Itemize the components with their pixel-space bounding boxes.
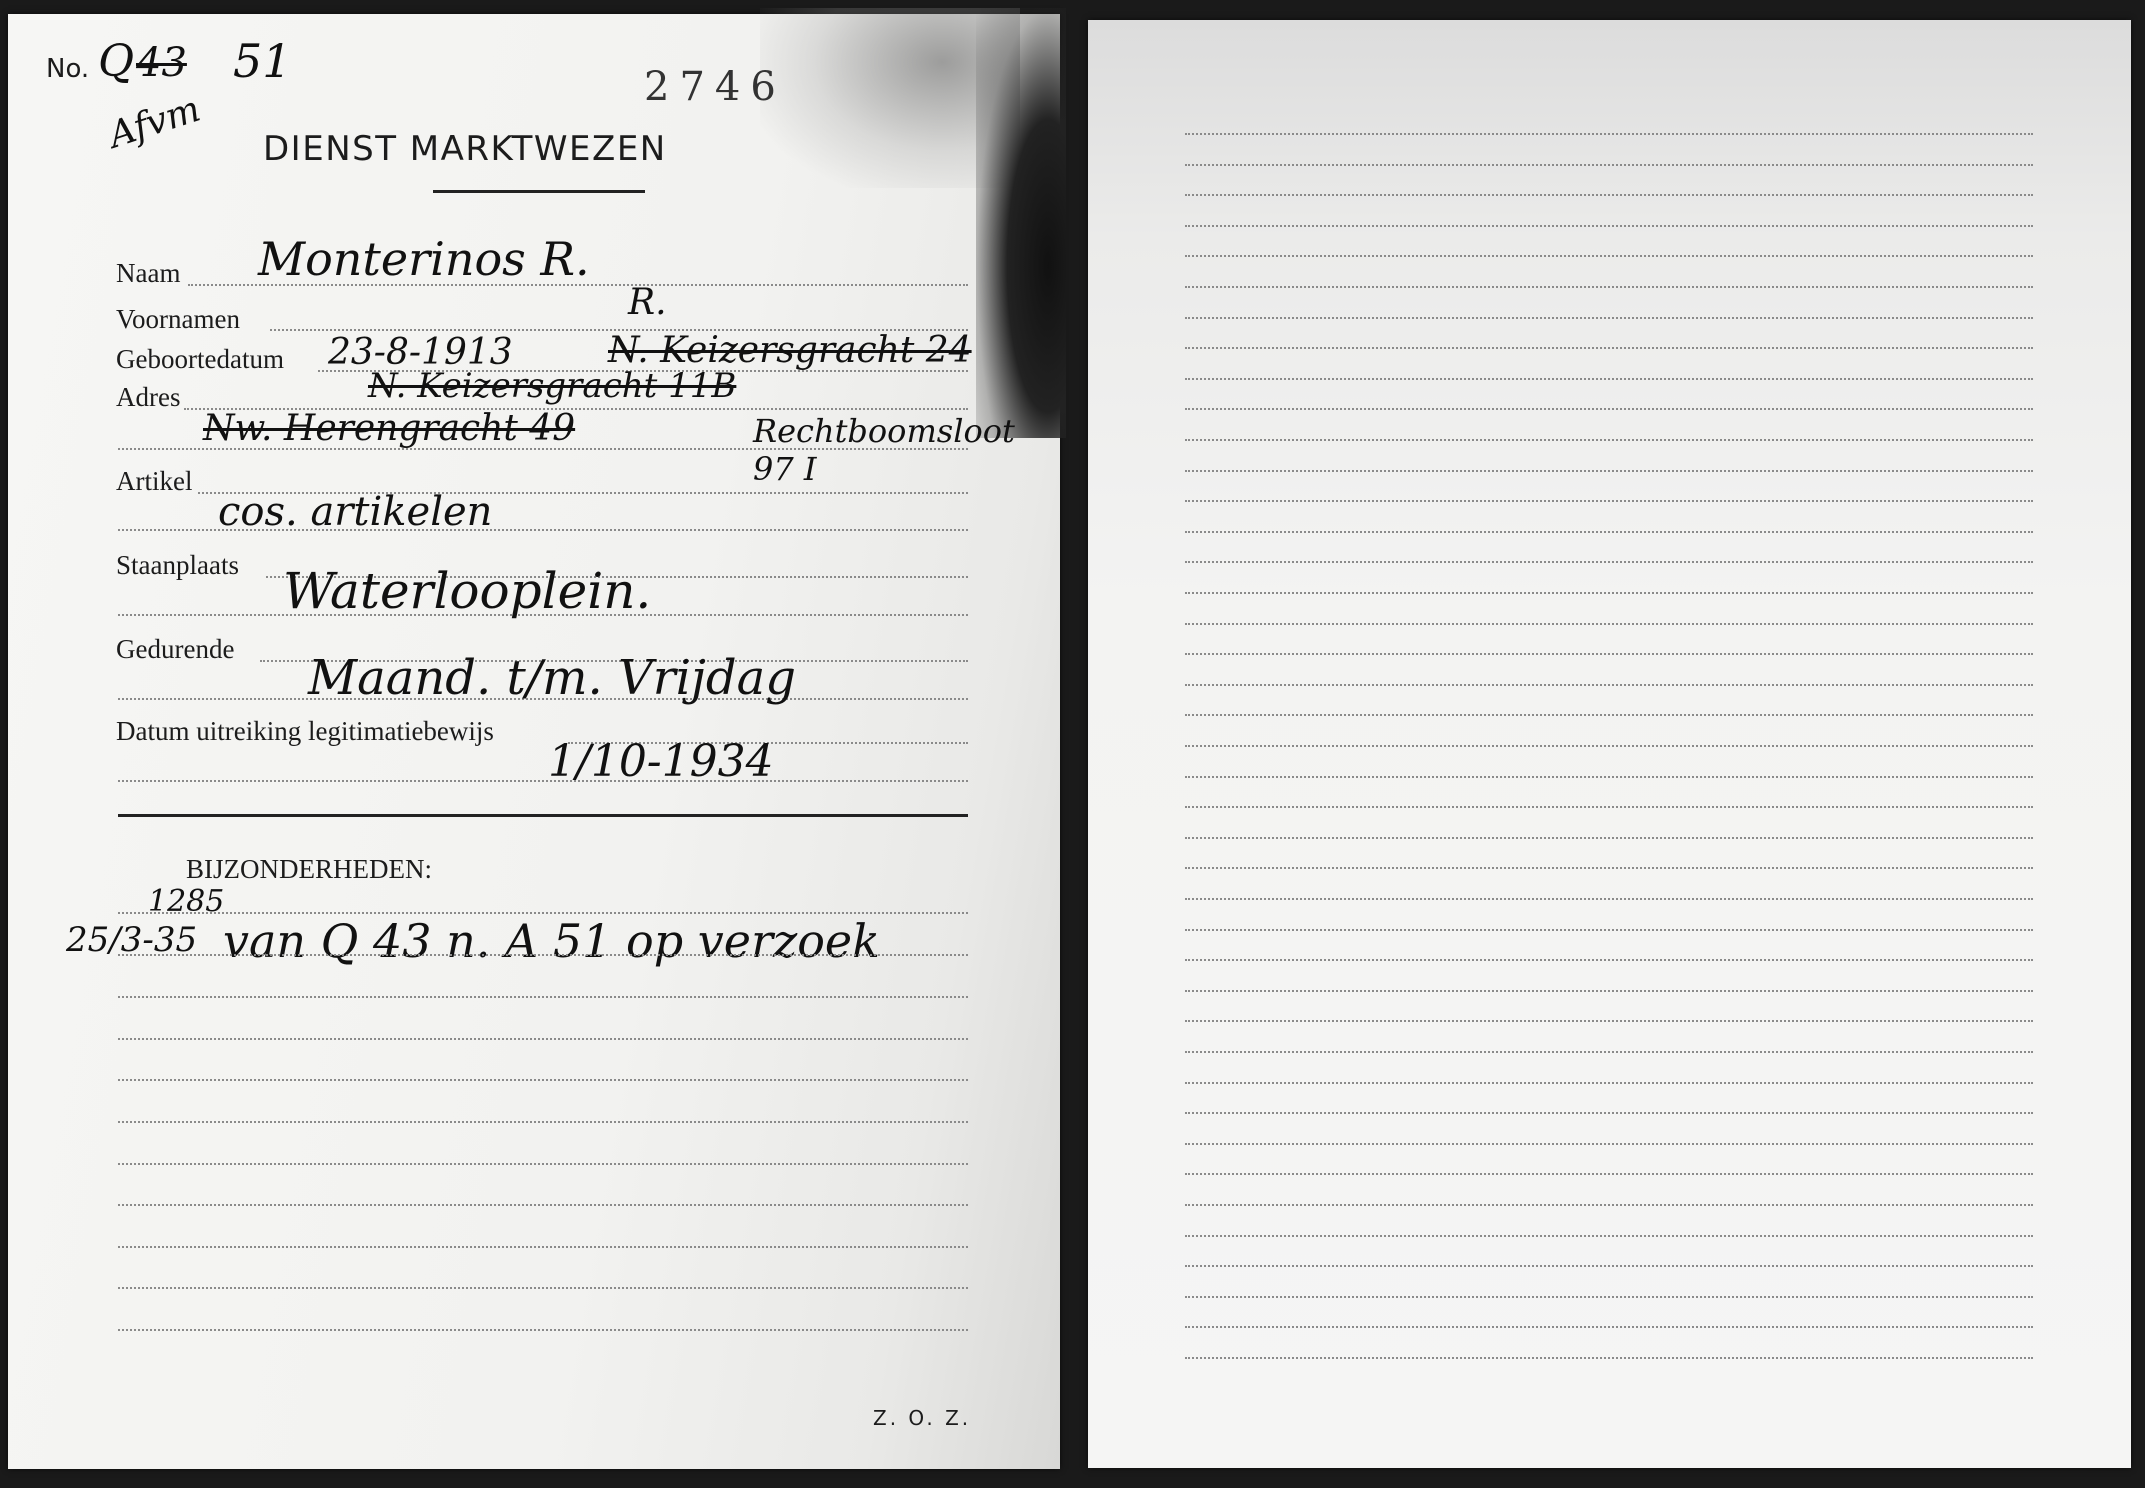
no-struck-value: 43	[136, 40, 187, 86]
back-ruled-line	[1185, 592, 2033, 594]
line-bijz-6	[118, 1121, 968, 1123]
line-bijz-4	[118, 1038, 968, 1040]
value-adres: Rechtboomsloot 97 I	[753, 412, 1060, 488]
section-divider	[118, 814, 968, 817]
back-ruled-line	[1185, 1082, 2033, 1084]
no-annotation: Afvm	[104, 89, 205, 157]
back-ruled-line	[1185, 806, 2033, 808]
back-ruled-line	[1185, 837, 2033, 839]
back-ruled-line	[1185, 1112, 2033, 1114]
back-ruled-line	[1185, 470, 2033, 472]
back-ruled-line	[1185, 1051, 2033, 1053]
back-ruled-line	[1185, 1204, 2033, 1206]
label-naam: Naam	[116, 258, 180, 289]
back-ruled-line	[1185, 714, 2033, 716]
back-ruled-line	[1185, 776, 2033, 778]
label-artikel: Artikel	[116, 466, 192, 497]
back-ruled-line	[1185, 1326, 2033, 1328]
card-title: DIENST MARKTWEZEN	[263, 129, 667, 169]
back-card	[1088, 20, 2131, 1468]
no-prefix: Q	[98, 36, 134, 87]
struck-address-2: Nw. Herengracht 49	[203, 408, 575, 449]
back-ruled-line	[1185, 1296, 2033, 1298]
back-ruled-line	[1185, 623, 2033, 625]
no-value: 51	[233, 34, 292, 88]
back-ruled-line	[1185, 653, 2033, 655]
value-voornamen: R.	[628, 282, 667, 323]
back-ruled-line	[1185, 133, 2033, 135]
back-ruled-line	[1185, 531, 2033, 533]
value-gedurende: Maand. t/m. Vrijdag	[308, 650, 796, 706]
value-artikel: cos. artikelen	[218, 489, 492, 535]
struck-address-note: N. Keizersgracht 24	[608, 330, 972, 371]
label-gedurende: Gedurende	[116, 634, 234, 665]
back-ruled-line	[1185, 867, 2033, 869]
no-label: No.	[46, 54, 89, 84]
back-ruled-line	[1185, 1143, 2033, 1145]
back-ruled-line	[1185, 500, 2033, 502]
archive-number: 2746	[644, 64, 786, 110]
value-naam: Monterinos R.	[258, 232, 590, 286]
label-bijzonderheden: BIJZONDERHEDEN:	[186, 854, 432, 885]
back-ruled-line	[1185, 286, 2033, 288]
back-ruled-line	[1185, 745, 2033, 747]
label-staanplaats: Staanplaats	[116, 550, 239, 581]
back-ruled-line	[1185, 898, 2033, 900]
line-bijz-5	[118, 1079, 968, 1081]
bijzonderheden-text: van Q 43 n. A 51 op verzoek	[223, 914, 880, 968]
line-bijz-9	[118, 1246, 968, 1248]
struck-address-1: N. Keizersgracht 11B	[368, 366, 736, 406]
label-geboortedatum: Geboortedatum	[116, 344, 284, 375]
line-bijz-2	[118, 954, 968, 956]
back-ruled-line	[1185, 408, 2033, 410]
back-ruled-line	[1185, 225, 2033, 227]
back-ruled-line	[1185, 990, 2033, 992]
back-ruled-line	[1185, 347, 2033, 349]
line-datum-uitreiking-2	[118, 780, 968, 782]
line-bijz-10	[118, 1287, 968, 1289]
label-datum-uitreiking: Datum uitreiking legitimatiebewijs	[116, 716, 494, 747]
back-ruled-line	[1185, 317, 2033, 319]
front-card: No. Q 43 51 Afvm 2746 DIENST MARKTWEZEN …	[8, 14, 1060, 1469]
back-ruled-line	[1185, 959, 2033, 961]
line-bijz-3	[118, 996, 968, 998]
line-bijz-11	[118, 1329, 968, 1331]
back-ruled-line	[1185, 378, 2033, 380]
back-ruled-line	[1185, 164, 2033, 166]
back-ruled-line	[1185, 1357, 2033, 1359]
back-ruled-line	[1185, 1020, 2033, 1022]
back-ruled-line	[1185, 929, 2033, 931]
back-ruled-line	[1185, 439, 2033, 441]
footer-zoz: Z. O. Z.	[873, 1406, 971, 1430]
back-ruled-line	[1185, 1235, 2033, 1237]
value-staanplaats: Waterlooplein.	[283, 562, 651, 620]
line-bijz-7	[118, 1163, 968, 1165]
line-bijz-8	[118, 1204, 968, 1206]
title-underline	[433, 190, 645, 193]
label-voornamen: Voornamen	[116, 304, 240, 335]
label-adres: Adres	[116, 382, 180, 413]
back-ruled-line	[1185, 1173, 2033, 1175]
back-ruled-line	[1185, 684, 2033, 686]
back-ruled-line	[1185, 561, 2033, 563]
back-ruled-line	[1185, 194, 2033, 196]
line-bijz-1	[118, 912, 968, 914]
torn-corner	[976, 8, 1066, 438]
back-ruled-line	[1185, 255, 2033, 257]
back-ruled-line	[1185, 1265, 2033, 1267]
value-datum-uitreiking: 1/10-1934	[548, 736, 774, 787]
